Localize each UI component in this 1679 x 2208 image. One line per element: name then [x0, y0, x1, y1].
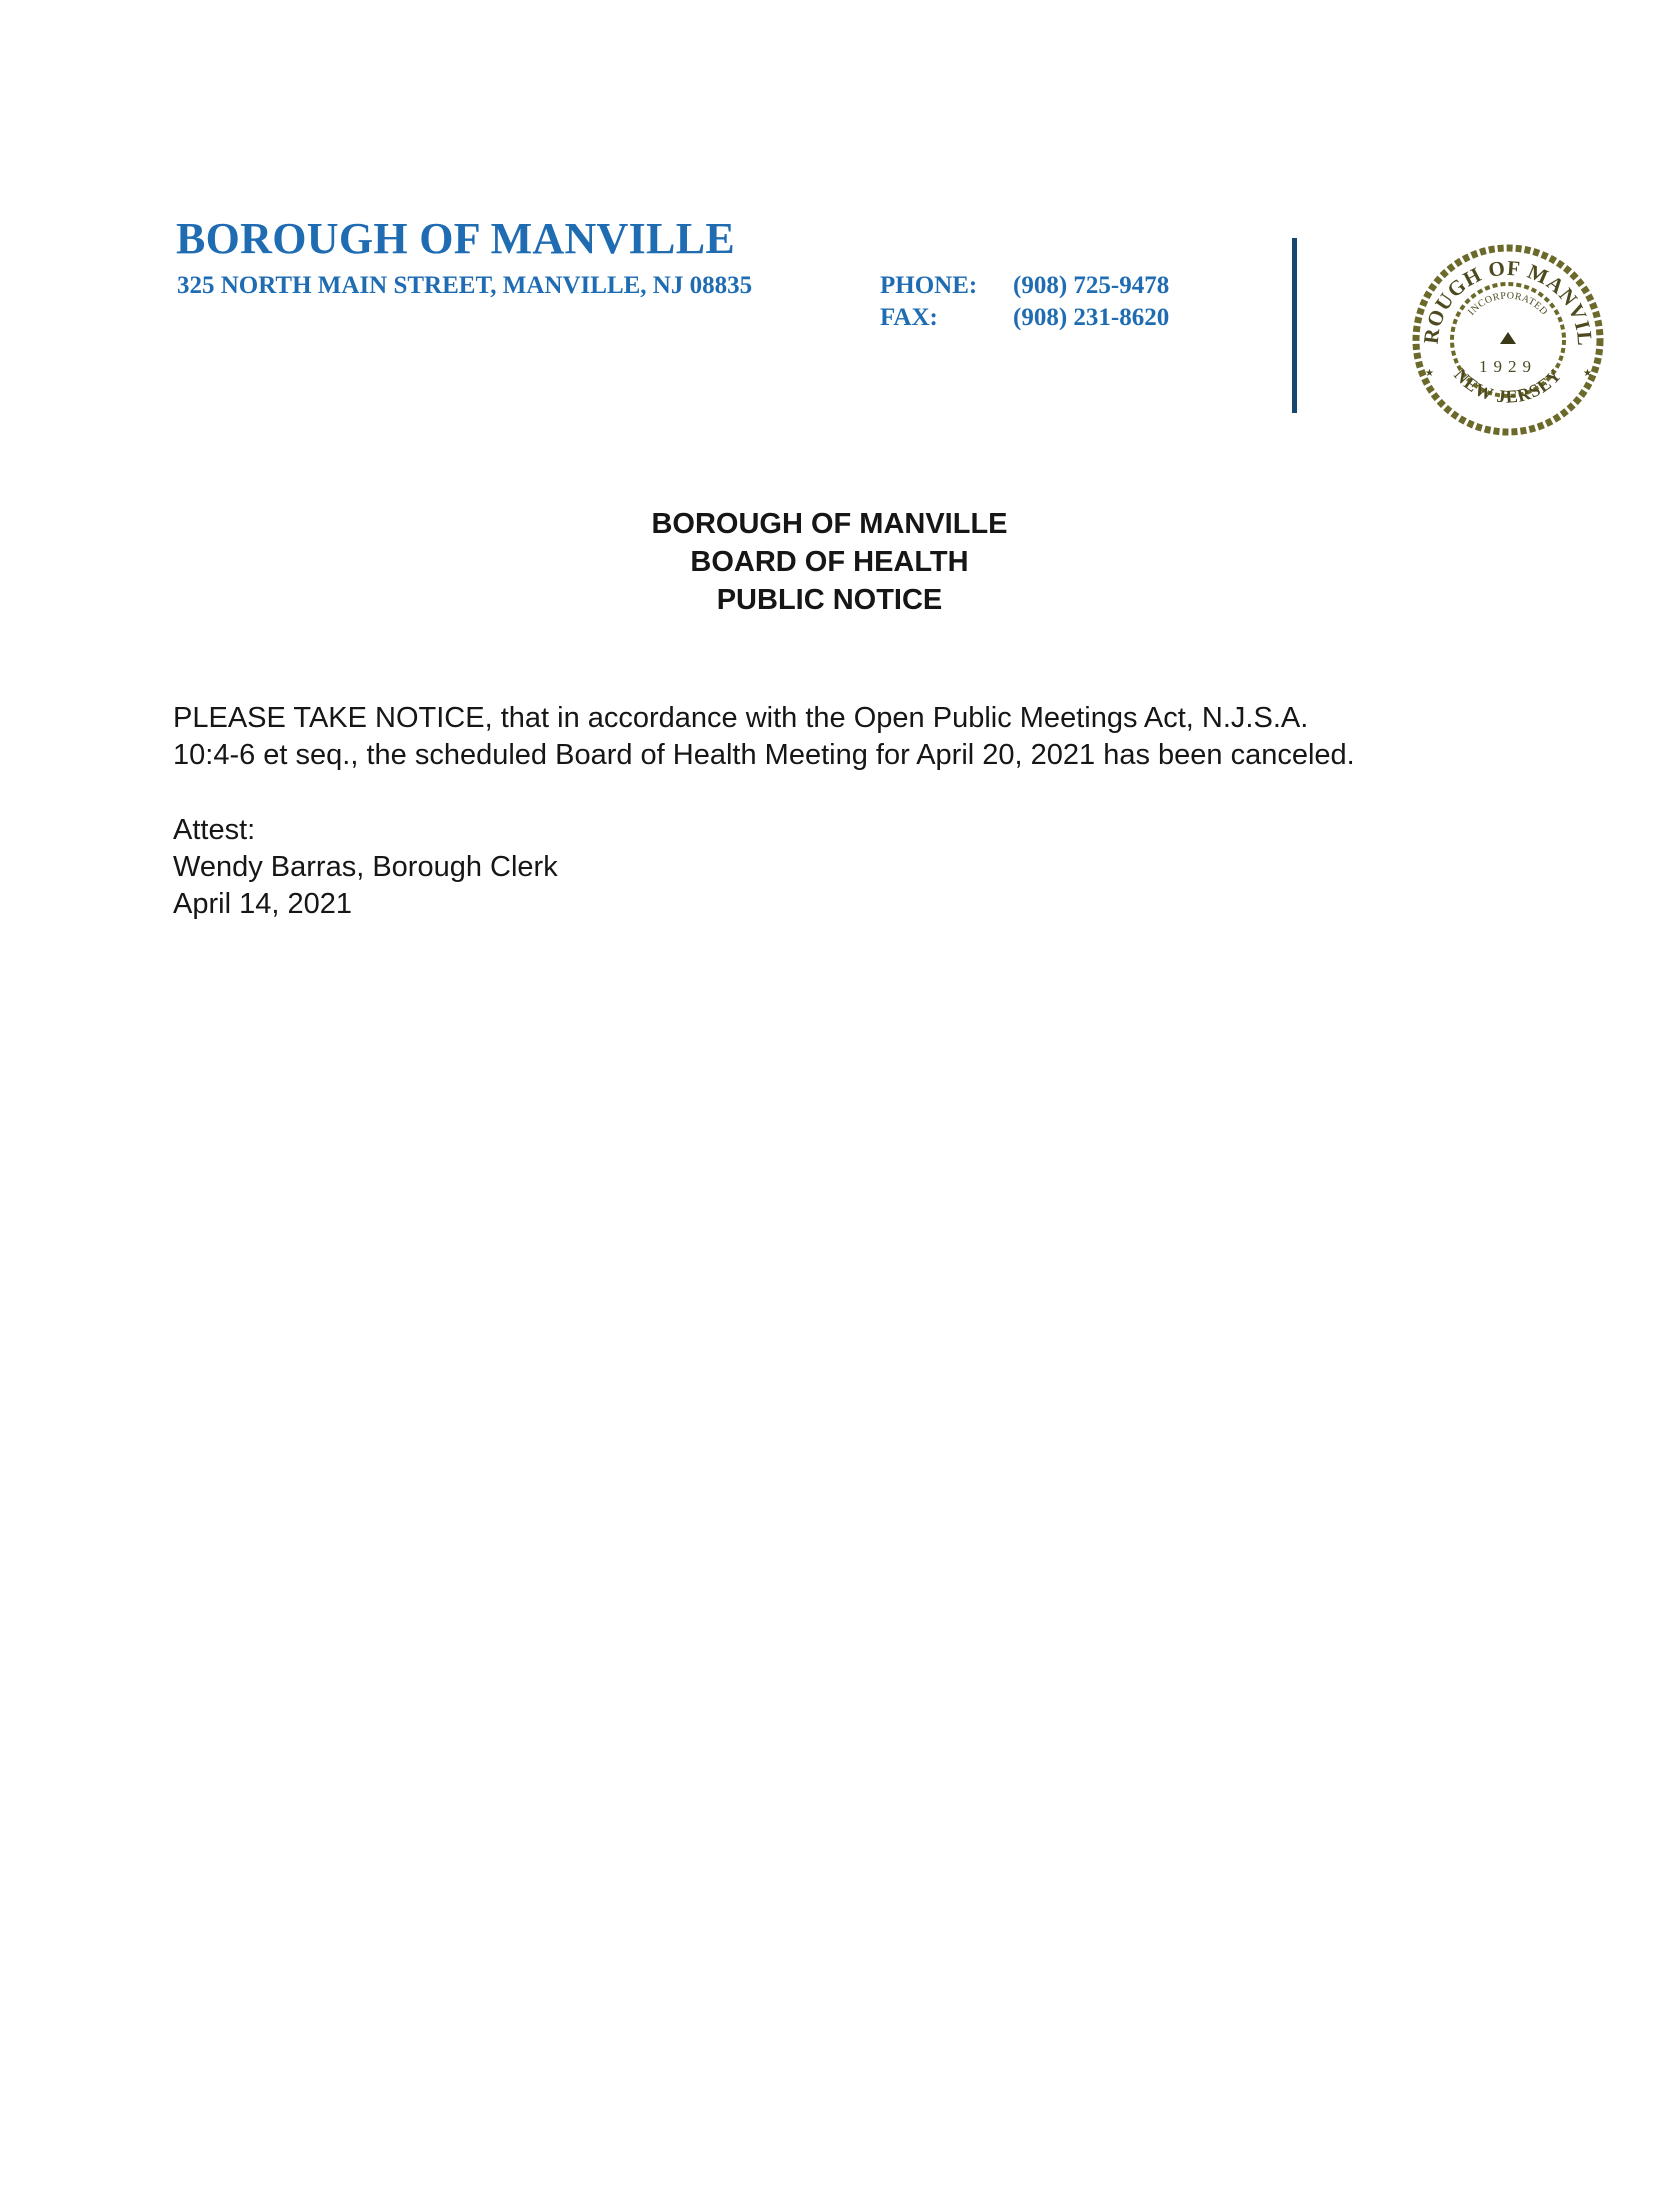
body-line: 10:4-6 et seq., the scheduled Board of H…	[173, 737, 1493, 774]
attest-block: Attest: Wendy Barras, Borough Clerk Apri…	[173, 812, 558, 923]
contact-label: PHONE:	[880, 270, 1013, 302]
svg-text:INCORPORATED: INCORPORATED	[1466, 290, 1550, 317]
svg-text:★: ★	[1425, 368, 1434, 379]
heading-line: PUBLIC NOTICE	[0, 581, 1679, 619]
heading-line: BOROUGH OF MANVILLE	[0, 505, 1679, 543]
notice-date: April 14, 2021	[173, 886, 558, 923]
svg-text:1929: 1929	[1479, 357, 1537, 376]
document-page: BOROUGH OF MANVILLE 325 NORTH MAIN STREE…	[0, 0, 1679, 2208]
attest-label: Attest:	[173, 812, 558, 849]
borough-seal-icon: BOROUGH OF MANVILLE NEW JERSEY INCORPORA…	[1408, 240, 1608, 440]
notice-body: PLEASE TAKE NOTICE, that in accordance w…	[173, 700, 1493, 774]
letterhead-address: 325 NORTH MAIN STREET, MANVILLE, NJ 0883…	[177, 270, 752, 302]
body-line: PLEASE TAKE NOTICE, that in accordance w…	[173, 700, 1493, 737]
contact-fax: FAX: (908) 231-8620	[880, 302, 1169, 334]
letterhead-organization: BOROUGH OF MANVILLE	[176, 214, 735, 264]
signatory: Wendy Barras, Borough Clerk	[173, 849, 558, 886]
notice-heading: BOROUGH OF MANVILLE BOARD OF HEALTH PUBL…	[0, 505, 1679, 619]
heading-line: BOARD OF HEALTH	[0, 543, 1679, 581]
contact-label: FAX:	[880, 302, 1013, 334]
letterhead-contacts: PHONE: (908) 725-9478 FAX: (908) 231-862…	[880, 270, 1169, 334]
contact-value: (908) 725-9478	[1013, 270, 1169, 302]
contact-value: (908) 231-8620	[1013, 302, 1169, 334]
svg-text:★: ★	[1583, 368, 1592, 379]
contact-phone: PHONE: (908) 725-9478	[880, 270, 1169, 302]
letterhead-divider	[1292, 238, 1297, 413]
